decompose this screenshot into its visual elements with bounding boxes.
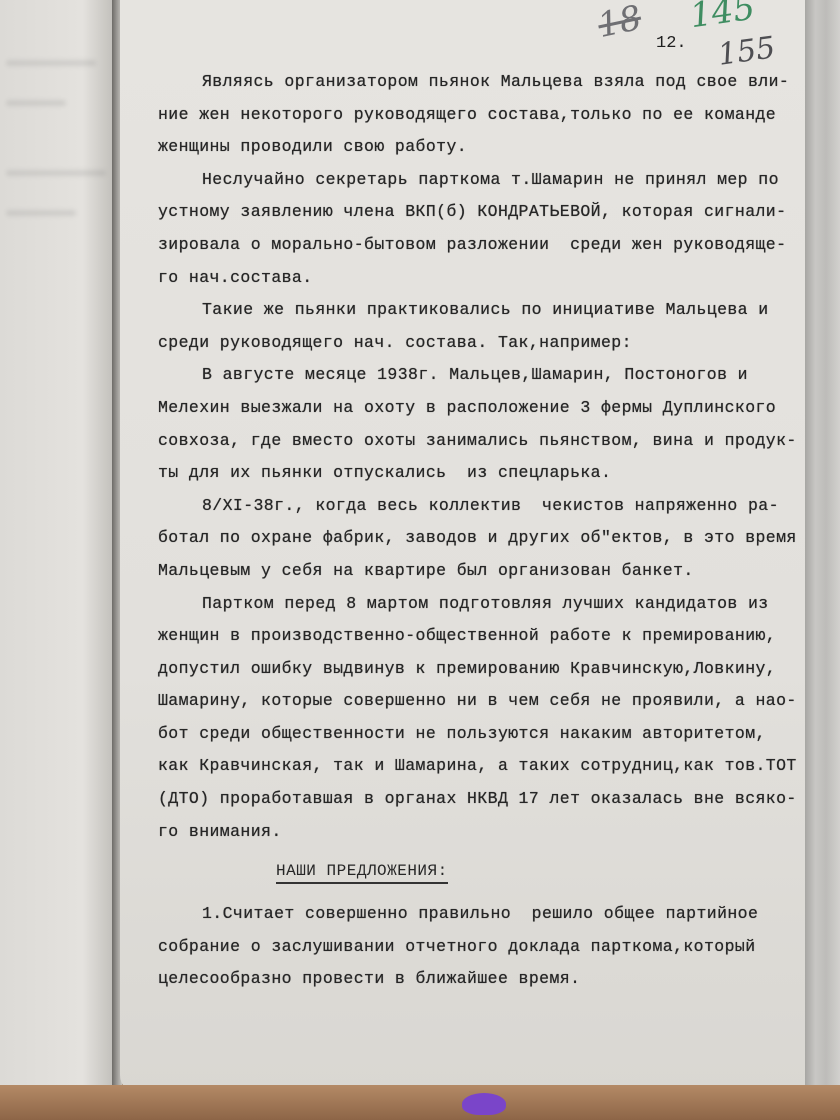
- folder-cover: [0, 1085, 840, 1120]
- paragraph-first-line: В августе месяце 1938г. Мальцев,Шамарин,…: [158, 359, 808, 392]
- paragraph-line: целесообразно провести в ближайшее время…: [158, 963, 808, 996]
- paragraph-line: Шамарину, которые совершенно ни в чем се…: [158, 685, 808, 718]
- paragraph-line: женщин в производственно-общественной ра…: [158, 620, 808, 653]
- paragraph-line: го нач.состава.: [158, 262, 808, 295]
- paragraph-line: го внимания.: [158, 816, 808, 849]
- left-page: [0, 0, 118, 1085]
- page-number: 12.: [656, 34, 687, 53]
- paragraph-line: зировала о морально-бытовом разложении с…: [158, 229, 808, 262]
- paragraph-first-line: Такие же пьянки практиковались по инициа…: [158, 294, 808, 327]
- bleed-through-text: [6, 60, 96, 66]
- paragraph-line: ботал по охране фабрик, заводов и других…: [158, 522, 808, 555]
- paragraph-first-line: Партком перед 8 мартом подготовляя лучши…: [158, 588, 808, 621]
- paragraph-first-line: 1.Считает совершенно правильно решило об…: [158, 898, 808, 931]
- paragraph-line: ты для их пьянки отпускались из спецларь…: [158, 457, 808, 490]
- paragraph-line: допустил ошибку выдвинув к премированию …: [158, 653, 808, 686]
- paragraph-line: Мелехин выезжали на охоту в расположение…: [158, 392, 808, 425]
- paragraph-line: собрание о заслушивании отчетного доклад…: [158, 931, 808, 964]
- paragraph-line: ние жен некоторого руководящего состава,…: [158, 99, 808, 132]
- paragraph-line: совхоза, где вместо охоты занимались пья…: [158, 425, 808, 458]
- paragraph-line: как Кравчинская, так и Шамарина, а таких…: [158, 750, 808, 783]
- paragraph-line: устному заявлению члена ВКП(б) КОНДРАТЬЕ…: [158, 196, 808, 229]
- ink-stamp-mark: [462, 1093, 506, 1115]
- bleed-through-text: [6, 210, 76, 216]
- paragraph-first-line: 8/XI-38г., когда весь коллектив чекистов…: [158, 490, 808, 523]
- paragraph-first-line: Неслучайно секретарь парткома т.Шамарин …: [158, 164, 808, 197]
- section-heading: НАШИ ПРЕДЛОЖЕНИЯ:: [276, 860, 448, 884]
- paragraph-first-line: Являясь организатором пьянок Мальцева вз…: [158, 66, 808, 99]
- bleed-through-text: [6, 170, 106, 176]
- paragraph-line: женщины проводили свою работу.: [158, 131, 808, 164]
- typed-text-body: Являясь организатором пьянок Мальцева вз…: [158, 66, 808, 996]
- paragraph-line: (ДТО) проработавшая в органах НКВД 17 ле…: [158, 783, 808, 816]
- paragraph-line: среди руководящего нач. состава. Так,нап…: [158, 327, 808, 360]
- page-stack-edge: [805, 0, 840, 1100]
- paragraph-line: бот среди общественности не пользуются н…: [158, 718, 808, 751]
- paragraph-line: Мальцевым у себя на квартире был организ…: [158, 555, 808, 588]
- bleed-through-text: [6, 100, 66, 106]
